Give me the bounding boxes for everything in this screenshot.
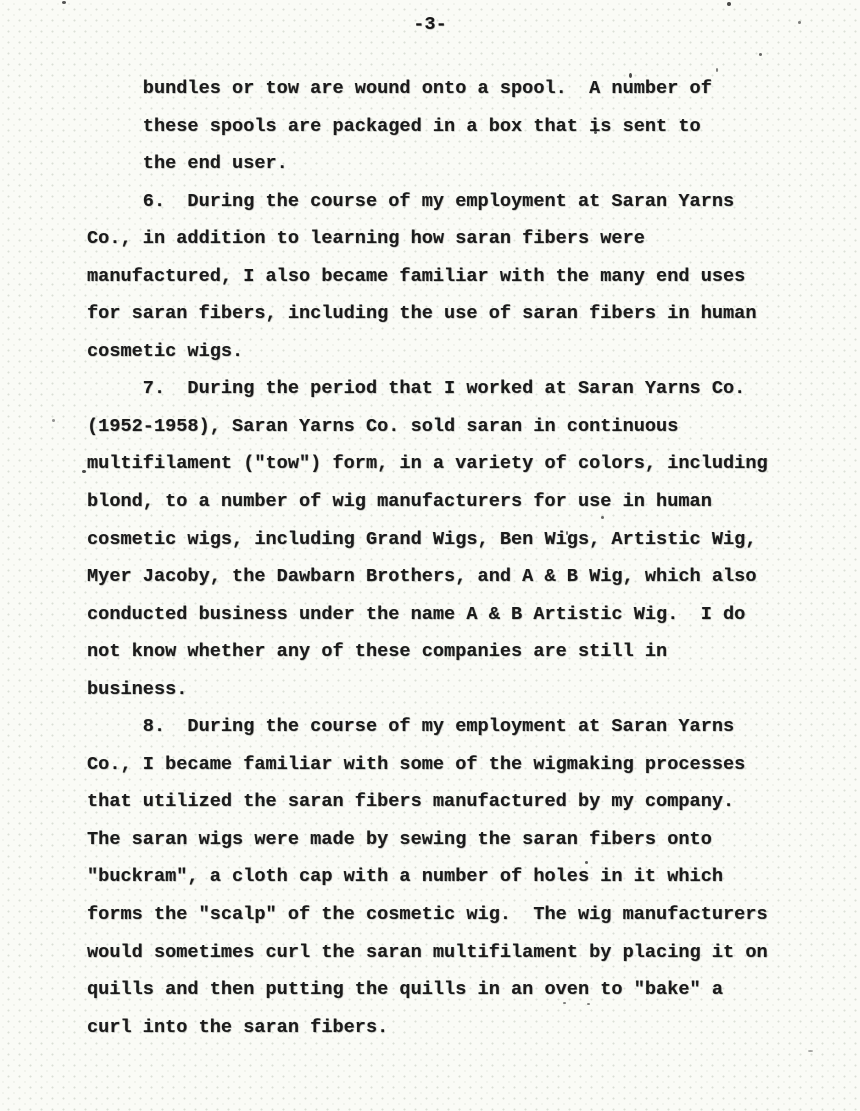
scan-speck xyxy=(798,21,801,24)
page-number: -3- xyxy=(0,14,860,35)
scan-speck xyxy=(808,1050,813,1052)
scan-speck xyxy=(587,1003,590,1005)
text-line: blond, to a number of wig manufacturers … xyxy=(87,483,768,521)
scan-speck xyxy=(759,53,762,56)
text-line: 6. During the course of my employment at… xyxy=(87,183,768,221)
text-line: quills and then putting the quills in an… xyxy=(87,971,768,1009)
scan-speck xyxy=(594,131,597,134)
text-line: Co., in addition to learning how saran f… xyxy=(87,220,768,258)
scan-speck xyxy=(62,1,66,4)
text-line: curl into the saran fibers. xyxy=(87,1009,768,1047)
page: -3- bundles or tow are wound onto a spoo… xyxy=(0,0,860,1111)
text-line: business. xyxy=(87,671,768,709)
text-line: conducted business under the name A & B … xyxy=(87,596,768,634)
scan-speck xyxy=(52,419,55,422)
text-line: bundles or tow are wound onto a spool. A… xyxy=(87,70,768,108)
scan-speck xyxy=(82,470,86,473)
text-line: the end user. xyxy=(87,145,768,183)
text-line: would sometimes curl the saran multifila… xyxy=(87,934,768,972)
scan-speck xyxy=(629,73,632,78)
text-line: not know whether any of these companies … xyxy=(87,633,768,671)
text-line: cosmetic wigs. xyxy=(87,333,768,371)
text-line: 8. During the course of my employment at… xyxy=(87,708,768,746)
scan-speck xyxy=(727,2,731,6)
text-line: forms the "scalp" of the cosmetic wig. T… xyxy=(87,896,768,934)
document-text: bundles or tow are wound onto a spool. A… xyxy=(87,70,768,1046)
text-line: manufactured, I also became familiar wit… xyxy=(87,258,768,296)
text-line: 7. During the period that I worked at Sa… xyxy=(87,370,768,408)
text-line: these spools are packaged in a box that … xyxy=(87,108,768,146)
text-line: for saran fibers, including the use of s… xyxy=(87,295,768,333)
text-line: cosmetic wigs, including Grand Wigs, Ben… xyxy=(87,521,768,559)
text-line: The saran wigs were made by sewing the s… xyxy=(87,821,768,859)
scan-speck xyxy=(563,1002,566,1004)
text-line: Co., I became familiar with some of the … xyxy=(87,746,768,784)
scan-speck xyxy=(716,68,718,72)
scan-speck xyxy=(566,531,568,535)
text-line: (1952-1958), Saran Yarns Co. sold saran … xyxy=(87,408,768,446)
text-line: that utilized the saran fibers manufactu… xyxy=(87,783,768,821)
text-line: "buckram", a cloth cap with a number of … xyxy=(87,858,768,896)
text-line: multifilament ("tow") form, in a variety… xyxy=(87,445,768,483)
scan-speck xyxy=(601,516,604,519)
text-line: Myer Jacoby, the Dawbarn Brothers, and A… xyxy=(87,558,768,596)
scan-speck xyxy=(585,861,588,864)
